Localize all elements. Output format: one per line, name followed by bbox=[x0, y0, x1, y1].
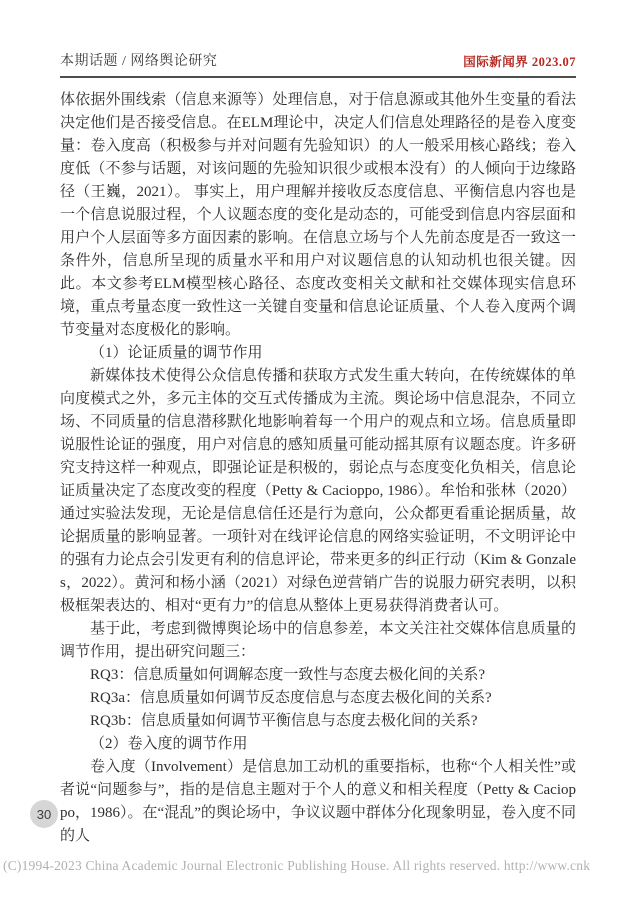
section-label: 本期话题 / 网络舆论研究 bbox=[60, 50, 217, 70]
page-header: 本期话题 / 网络舆论研究 国际新闻界 2023.07 bbox=[60, 50, 576, 78]
paragraph: （2）卷入度的调节作用 bbox=[60, 733, 576, 756]
footer-watermark: (C)1994-2023 China Academic Journal Elec… bbox=[3, 858, 635, 874]
paragraph: RQ3a：信息质量如何调节反态度信息与态度去极化间的关系? bbox=[60, 687, 576, 710]
paragraph: RQ3：信息质量如何调解态度一致性与态度去极化间的关系? bbox=[60, 664, 576, 687]
paragraph: RQ3b：信息质量如何调节平衡信息与态度去极化间的关系? bbox=[60, 710, 576, 733]
paragraph: 基于此，考虑到微博舆论场中的信息参差，本文关注社交媒体信息质量的调节作用，提出研… bbox=[60, 618, 576, 664]
page-number: 30 bbox=[37, 807, 51, 822]
paragraph: 体依据外围线索（信息来源等）处理信息，对于信息源或其他外生变量的看法决定他们是否… bbox=[60, 89, 576, 342]
page-number-badge: 30 bbox=[30, 800, 58, 828]
paragraph: 卷入度（Involvement）是信息加工动机的重要指标，也称“个人相关性”或者… bbox=[60, 756, 576, 848]
journal-label: 国际新闻界 2023.07 bbox=[463, 52, 576, 70]
paragraph: 新媒体技术使得公众信息传播和获取方式发生重大转向，在传统媒体的单向度模式之外，多… bbox=[60, 365, 576, 618]
article-body: 体依据外围线索（信息来源等）处理信息，对于信息源或其他外生变量的看法决定他们是否… bbox=[60, 89, 576, 848]
paragraph: （1）论证质量的调节作用 bbox=[60, 342, 576, 365]
